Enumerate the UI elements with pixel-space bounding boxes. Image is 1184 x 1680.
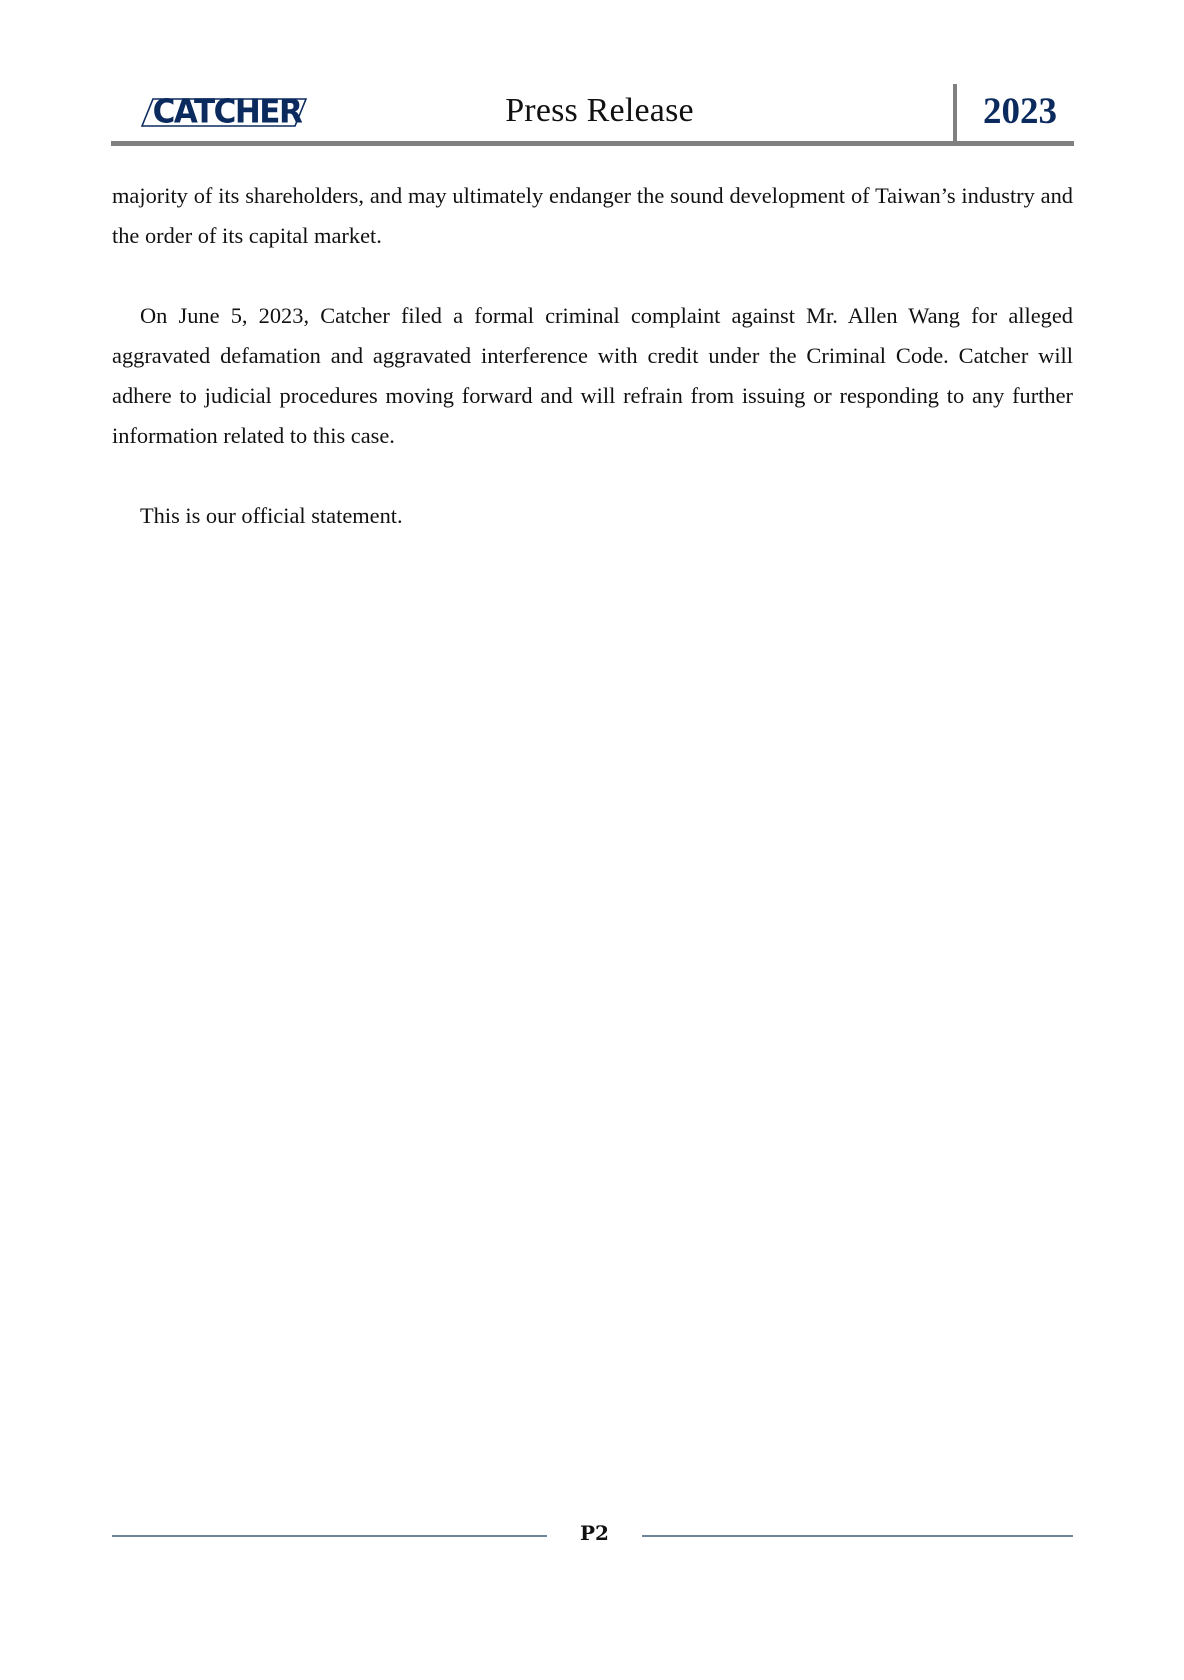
header-year: 2023 <box>983 90 1057 133</box>
paragraph-complaint: On June 5, 2023, Catcher filed a formal … <box>112 296 1073 456</box>
footer-line-right <box>642 1535 1073 1537</box>
paragraph-continuation: majority of its shareholders, and may ul… <box>112 176 1073 256</box>
footer-line-left <box>112 1535 547 1537</box>
header-title: Press Release <box>111 92 1074 130</box>
page-number: P2 <box>547 1521 642 1545</box>
document-body: majority of its shareholders, and may ul… <box>112 176 1073 576</box>
header-rule <box>111 141 1074 146</box>
page-footer: P2 <box>112 1520 1073 1550</box>
page-header: CATCHER Press Release 2023 <box>111 80 1074 147</box>
paragraph-statement: This is our official statement. <box>112 496 1073 536</box>
header-divider <box>953 84 957 146</box>
